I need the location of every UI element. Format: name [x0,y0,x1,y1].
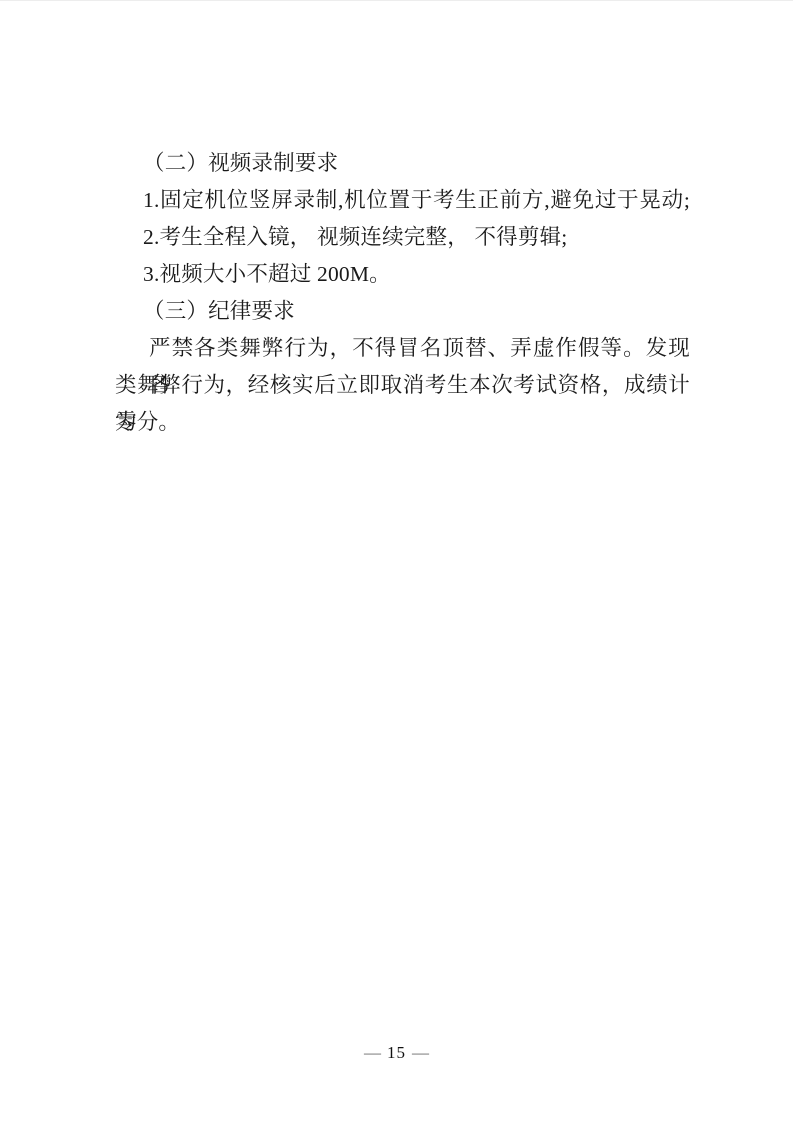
paragraph-line-2: 类舞弊行为，经核实后立即取消考生本次考试资格，成绩计为 [115,367,690,404]
section-heading-video-recording: （二）视频录制要求 [115,145,690,182]
document-page: （二）视频录制要求 1.固定机位竖屏录制,机位置于考生正前方,避免过于晃动; 2… [0,0,793,1122]
document-body: （二）视频录制要求 1.固定机位竖屏录制,机位置于考生正前方,避免过于晃动; 2… [115,145,690,441]
page-footer: —15— [0,1042,793,1064]
list-item-2: 2.考生全程入镜， 视频连续完整， 不得剪辑; [115,219,690,256]
page-number: 15 [387,1043,406,1062]
paragraph-line-1: 严禁各类舞弊行为，不得冒名顶替、弄虚作假等。发现各 [115,330,690,367]
list-item-3: 3.视频大小不超过 200M。 [115,256,690,293]
list-item-1: 1.固定机位竖屏录制,机位置于考生正前方,避免过于晃动; [115,182,690,219]
section-heading-discipline: （三）纪律要求 [115,293,690,330]
paragraph-line-3: 零分。 [115,404,690,441]
footer-dash-left: — [358,1043,387,1062]
footer-dash-right: — [406,1043,435,1062]
